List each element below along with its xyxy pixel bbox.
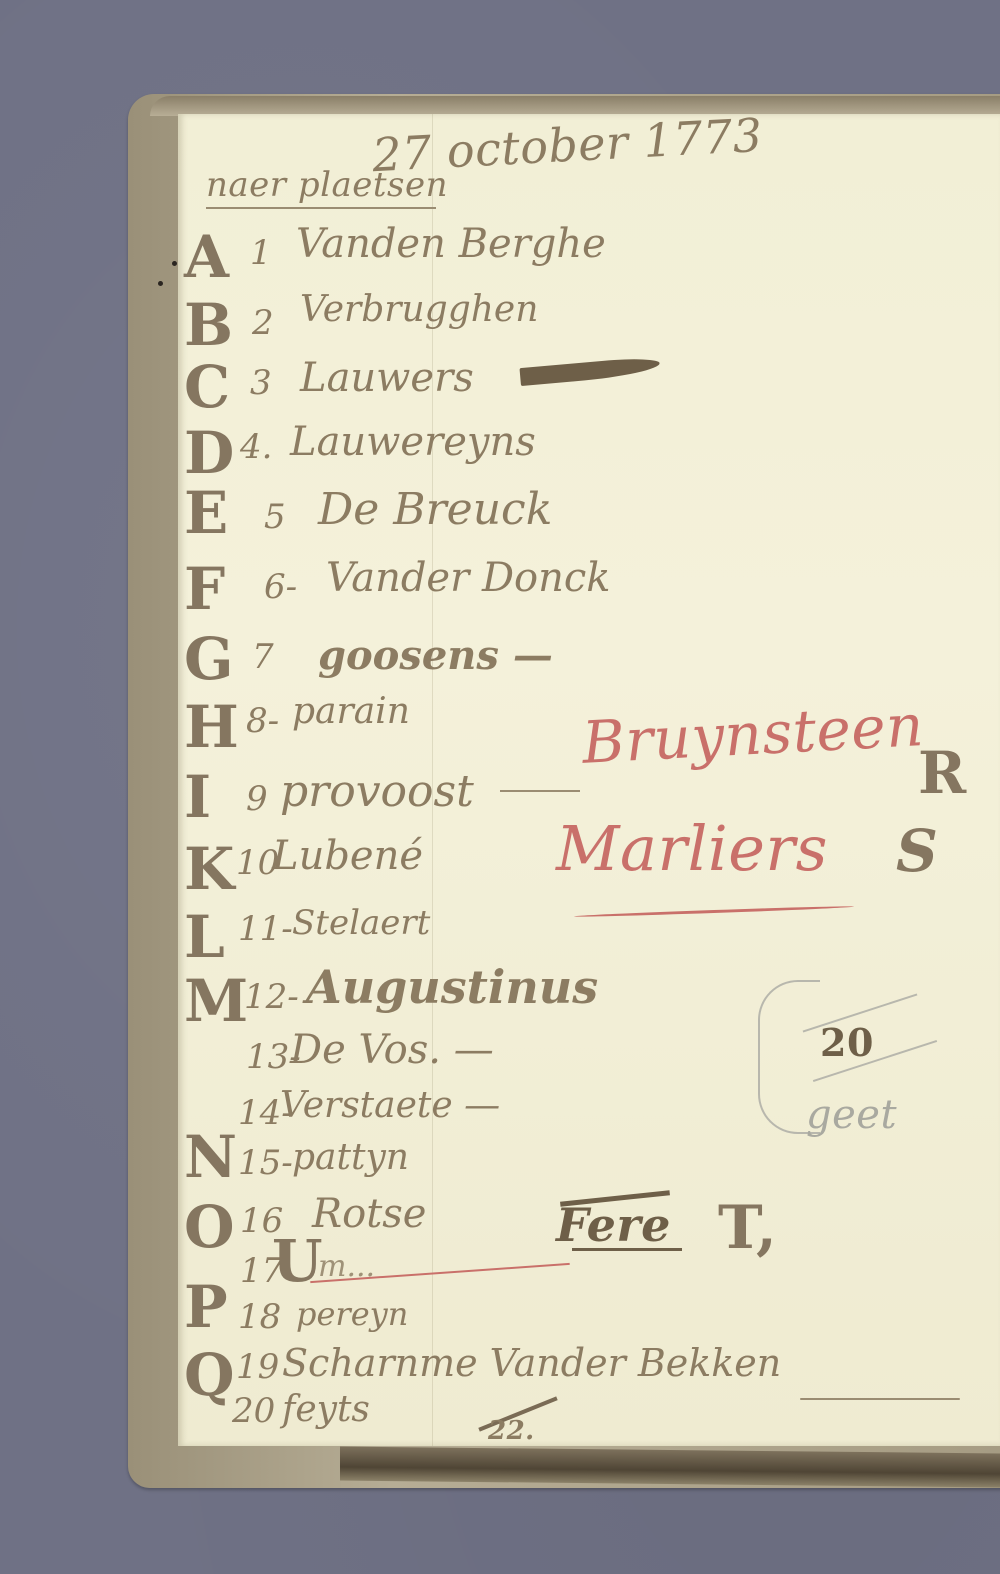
entry-number: 11-: [238, 912, 293, 946]
entry-number: 6-: [264, 570, 297, 604]
entry-name: Verbrugghen: [300, 292, 538, 328]
index-letter: D: [184, 424, 234, 482]
fere-note: Fere: [556, 1198, 671, 1252]
entry-number: 3: [250, 366, 272, 400]
entry-name: Rotse: [312, 1194, 426, 1234]
entry-number: 4.: [240, 430, 272, 464]
entry-name: feyts: [282, 1392, 370, 1428]
entry-number: 9: [246, 782, 268, 816]
binding-hole: [158, 281, 163, 286]
index-letter: P: [184, 1278, 228, 1336]
entry-name: pattyn: [292, 1140, 409, 1176]
entry-name: Vander Donck: [326, 558, 611, 598]
index-letter: N: [184, 1128, 237, 1186]
entry-name: Stelaert: [292, 906, 430, 940]
entry-number: 20: [232, 1394, 275, 1428]
entry-number: 5: [264, 500, 286, 534]
index-letter: I: [184, 768, 211, 826]
index-letter: M: [184, 972, 248, 1030]
section-heading: naer plaetsen: [206, 165, 448, 205]
index-letter: B: [184, 296, 233, 354]
entry-name: De Breuck: [318, 488, 552, 532]
entry-name: De Vos. —: [290, 1030, 494, 1070]
side-letter: T,: [718, 1198, 777, 1258]
entry-name: Lauwers: [300, 358, 474, 398]
red-annotation: Marliers: [556, 812, 828, 885]
side-letter: U: [272, 1232, 323, 1290]
entry-number: 8-: [246, 704, 279, 738]
index-letter: A: [184, 228, 229, 286]
pencil-number: 20: [820, 1020, 874, 1065]
entry-number: 18: [238, 1300, 281, 1334]
entry-name: Lubené: [272, 836, 423, 876]
index-letter: C: [184, 358, 230, 416]
entry-name: goosens —: [318, 636, 553, 676]
entry-name: Vanden Berghe: [296, 224, 606, 264]
index-letter: H: [184, 698, 239, 756]
index-letter: O: [184, 1198, 235, 1256]
heading-underline: [206, 207, 436, 209]
entry-number: 19: [236, 1350, 279, 1384]
index-letter: L: [184, 908, 225, 966]
entry-name: Verstaete —: [280, 1088, 500, 1124]
cover-bottom-edge: [340, 1447, 1000, 1488]
index-letter: G: [184, 630, 234, 688]
name-underline: [800, 1398, 960, 1400]
side-letter: S: [896, 822, 938, 880]
pencil-word: geet: [806, 1092, 897, 1138]
index-letter: E: [184, 484, 228, 542]
connector-line: [500, 790, 580, 792]
entry-number: 12-: [244, 980, 299, 1014]
entry-number: 7: [252, 640, 274, 674]
entry-number: 1: [250, 236, 272, 270]
cover-top-edge: [150, 96, 1000, 116]
entry-name: Augustinus: [306, 964, 598, 1010]
fere-underline: [572, 1248, 682, 1251]
entry-name: Scharnme Vander Bekken: [282, 1344, 781, 1382]
entry-number: 15-: [238, 1146, 293, 1180]
entry-name: parain: [292, 694, 410, 730]
entry-name: provoost: [280, 770, 474, 814]
index-letter: Q: [184, 1346, 235, 1404]
binding-hole: [172, 261, 177, 266]
index-letter: K: [184, 840, 234, 898]
index-letter: F: [184, 560, 225, 618]
bottom-number: 22.: [488, 1416, 535, 1446]
side-letter: R: [918, 744, 966, 802]
entry-number: 2: [252, 306, 274, 340]
entry-name: Lauwereyns: [290, 422, 536, 462]
entry-name: pereyn: [296, 1298, 408, 1330]
